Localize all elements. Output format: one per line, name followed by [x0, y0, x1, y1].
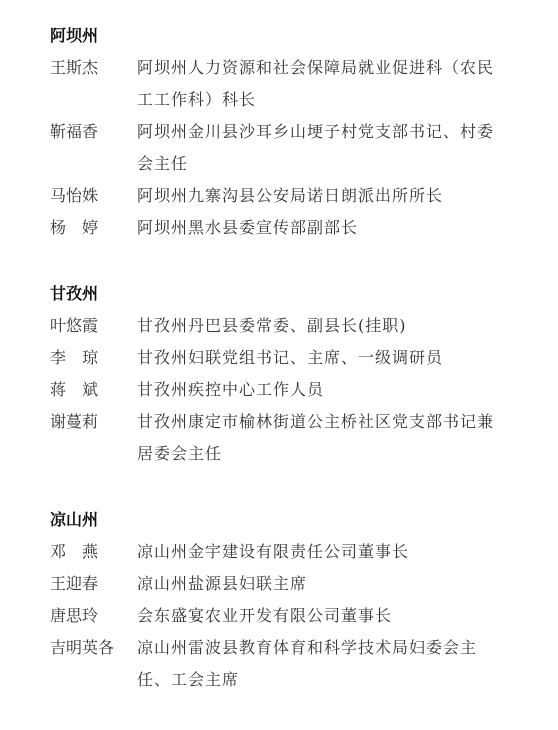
list-item: 谢蔓莉 甘孜州康定市榆林街道公主桥社区党支部书记兼居委会主任: [50, 406, 510, 470]
section-heading: 阿坝州: [50, 20, 510, 52]
list-item: 邓 燕 凉山州金宇建设有限责任公司董事长: [50, 536, 510, 568]
list-item: 吉明英各 凉山州雷波县教育体育和科学技术局妇委会主任、工会主席: [50, 632, 510, 696]
list-item: 叶悠霞 甘孜州丹巴县委常委、副县长(挂职): [50, 310, 510, 342]
section-ganzi: 甘孜州 叶悠霞 甘孜州丹巴县委常委、副县长(挂职) 李 琼 甘孜州妇联党组书记、…: [50, 278, 510, 470]
section-heading: 甘孜州: [50, 278, 510, 310]
section-liangshan: 凉山州 邓 燕 凉山州金宇建设有限责任公司董事长 王迎春 凉山州盐源县妇联主席 …: [50, 504, 510, 696]
person-name: 谢蔓莉: [50, 406, 137, 470]
person-title: 阿坝州九寨沟县公安局诺日朗派出所所长: [137, 180, 510, 212]
person-title: 会东盛宴农业开发有限公司董事长: [137, 600, 510, 632]
person-title: 阿坝州黑水县委宣传部副部长: [137, 212, 510, 244]
list-item: 唐思玲 会东盛宴农业开发有限公司董事长: [50, 600, 510, 632]
person-title: 阿坝州金川县沙耳乡山埂子村党支部书记、村委会主任: [137, 116, 510, 180]
person-name: 叶悠霞: [50, 310, 137, 342]
person-title: 凉山州雷波县教育体育和科学技术局妇委会主任、工会主席: [137, 632, 510, 696]
list-item: 王迎春 凉山州盐源县妇联主席: [50, 568, 510, 600]
list-item: 李 琼 甘孜州妇联党组书记、主席、一级调研员: [50, 342, 510, 374]
person-name: 吉明英各: [50, 632, 137, 696]
list-item: 靳福香 阿坝州金川县沙耳乡山埂子村党支部书记、村委会主任: [50, 116, 510, 180]
person-name: 王斯杰: [50, 52, 137, 116]
person-title: 凉山州金宇建设有限责任公司董事长: [137, 536, 510, 568]
person-name: 邓 燕: [50, 536, 137, 568]
person-name: 李 琼: [50, 342, 137, 374]
person-title: 甘孜州丹巴县委常委、副县长(挂职): [137, 310, 510, 342]
person-title: 甘孜州妇联党组书记、主席、一级调研员: [137, 342, 510, 374]
person-name: 唐思玲: [50, 600, 137, 632]
list-item: 蒋 斌 甘孜州疾控中心工作人员: [50, 374, 510, 406]
section-heading: 凉山州: [50, 504, 510, 536]
list-item: 王斯杰 阿坝州人力资源和社会保障局就业促进科（农民工工作科）科长: [50, 52, 510, 116]
person-title: 凉山州盐源县妇联主席: [137, 568, 510, 600]
person-title: 甘孜州疾控中心工作人员: [137, 374, 510, 406]
document-body: 阿坝州 王斯杰 阿坝州人力资源和社会保障局就业促进科（农民工工作科）科长 靳福香…: [50, 20, 510, 730]
person-name: 王迎春: [50, 568, 137, 600]
list-item: 马怡姝 阿坝州九寨沟县公安局诺日朗派出所所长: [50, 180, 510, 212]
person-name: 蒋 斌: [50, 374, 137, 406]
person-name: 马怡姝: [50, 180, 137, 212]
person-title: 阿坝州人力资源和社会保障局就业促进科（农民工工作科）科长: [137, 52, 510, 116]
person-name: 靳福香: [50, 116, 137, 180]
person-title: 甘孜州康定市榆林街道公主桥社区党支部书记兼居委会主任: [137, 406, 510, 470]
section-aba: 阿坝州 王斯杰 阿坝州人力资源和社会保障局就业促进科（农民工工作科）科长 靳福香…: [50, 20, 510, 244]
person-name: 杨 婷: [50, 212, 137, 244]
list-item: 杨 婷 阿坝州黑水县委宣传部副部长: [50, 212, 510, 244]
